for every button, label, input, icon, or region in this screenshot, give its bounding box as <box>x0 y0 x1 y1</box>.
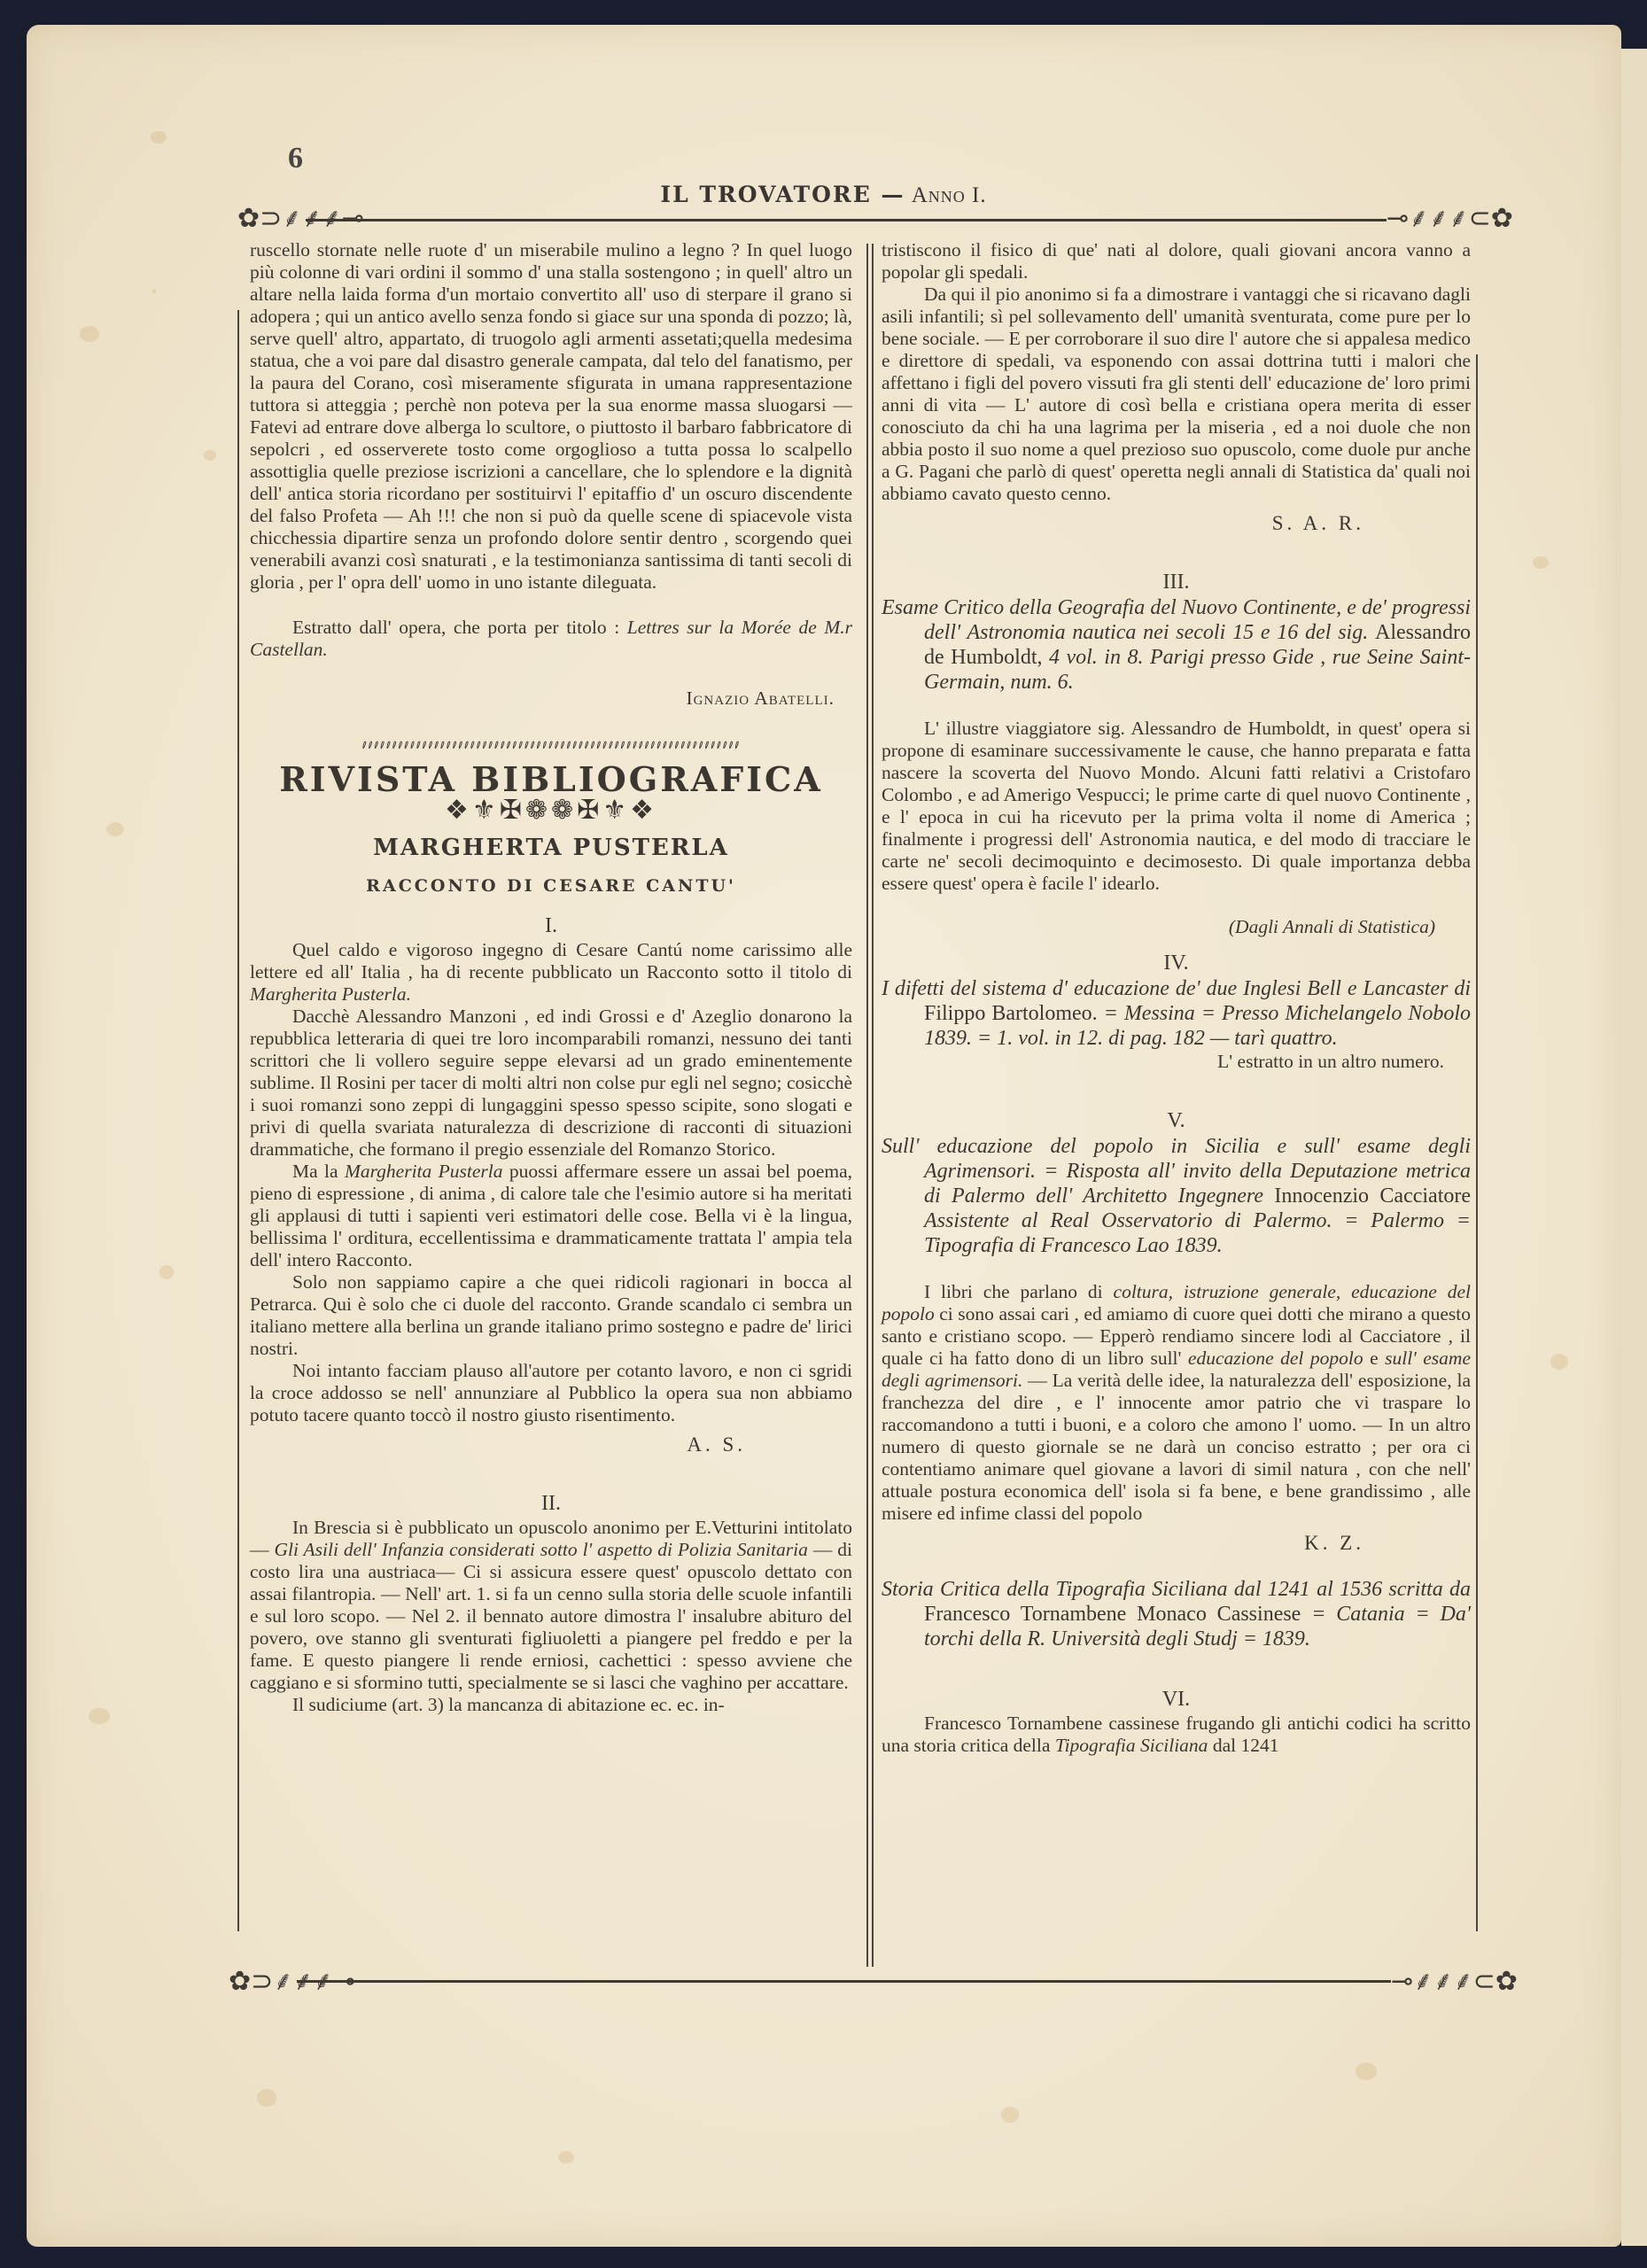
review-number: VI. <box>882 1689 1471 1711</box>
text: dal 1241 <box>1213 1735 1279 1756</box>
paragraph: Il sudiciume (art. 3) la mancanza di abi… <box>250 1694 852 1716</box>
review-signature: K. Z. <box>882 1532 1471 1554</box>
entry-author: Francesco Tornambene Monaco Cassinese <box>924 1603 1301 1626</box>
paragraph: Dacchè Alessandro Manzoni , ed indi Gros… <box>250 1006 852 1161</box>
text: ci sono assai cari , ed amiamo di cuore … <box>882 1303 1471 1369</box>
text: Quel caldo e vigoroso ingegno di Cesare … <box>250 939 852 983</box>
left-column: ruscello stornate nelle ruote d' un mise… <box>250 239 852 1716</box>
page-number: 6 <box>288 142 303 175</box>
volume-label: Anno I. <box>912 183 987 207</box>
fleuron-ornament-icon: ❖⚜✠❁❁✠⚜❖ <box>250 799 852 821</box>
book-title: Tipografia Siciliana <box>1055 1735 1208 1756</box>
review-number: III. <box>882 571 1471 594</box>
paragraph: Quel caldo e vigoroso ingegno di Cesare … <box>250 939 852 1006</box>
journal-title: IL TROVATORE — <box>660 182 905 207</box>
review-signature: A. S. <box>250 1433 852 1456</box>
entry-author: Filippo Bartolomeo. <box>924 1002 1098 1025</box>
section-title: RIVISTA BIBLIOGRAFICA <box>250 768 852 790</box>
review-number: V. <box>882 1110 1471 1132</box>
review-number: II. <box>250 1493 852 1515</box>
review-number: I. <box>250 915 852 937</box>
book-title: Margherita Pusterla. <box>250 983 411 1005</box>
entry-title: Storia Critica della Tipografia Sicilian… <box>882 1578 1471 1601</box>
review-number: IV. <box>882 952 1471 975</box>
source-prefix: Estratto dall' opera, che porta per tito… <box>292 617 619 638</box>
corner-ornament-top-left-icon: ✿⊃⸙⸙⸙⊸ <box>237 206 364 232</box>
text: — La verità delle idee, la naturalezza d… <box>882 1370 1471 1524</box>
paragraph: Da qui il pio anonimo si fa a dimostrare… <box>882 283 1471 505</box>
decorative-rule: ℓℓℓℓℓℓℓℓℓℓℓℓℓℓℓℓℓℓℓℓℓℓℓℓℓℓℓℓℓℓℓℓℓℓℓℓℓℓℓℓ… <box>250 736 852 749</box>
paragraph: Ma la Margherita Pusterla puossi afferma… <box>250 1161 852 1271</box>
left-column-border <box>237 310 239 1931</box>
author-signature: Ignazio Abatelli. <box>250 687 852 710</box>
paragraph: Noi intanto facciam plauso all'autore pe… <box>250 1360 852 1426</box>
next-page-edge <box>1621 49 1647 2246</box>
emphasis: educazione del popolo <box>1188 1348 1363 1369</box>
bibliographic-entry: Storia Critica della Tipografia Sicilian… <box>882 1577 1471 1651</box>
note: L' estratto in un altro numero. <box>882 1051 1471 1073</box>
corner-ornament-bottom-right-icon: ⊸⸙⸙⸙⊂✿ <box>1391 1969 1518 1995</box>
entry-imprint: Assistente al Real Osservatorio di Paler… <box>924 1209 1471 1257</box>
book-title: Gli Asili dell' Infanzia considerati sot… <box>274 1539 807 1560</box>
book-title: Margherita Pusterla <box>345 1161 503 1182</box>
text: Ma la <box>292 1161 338 1182</box>
right-column-border <box>1476 354 1478 1931</box>
text: I libri che parlano di <box>924 1281 1103 1302</box>
paragraph: Solo non sappiamo capire a che quei ridi… <box>250 1271 852 1360</box>
bottom-rule <box>297 1980 1391 1983</box>
bibliographic-entry: Sull' educazione del popolo in Sicilia e… <box>882 1134 1471 1258</box>
article-continuation: ruscello stornate nelle ruote d' un mise… <box>250 239 852 594</box>
entry-title: I difetti del sistema d' educazione de' … <box>882 977 1471 1000</box>
right-column: tristiscono il fisico di que' nati al do… <box>882 239 1471 1757</box>
column-divider <box>866 244 874 1967</box>
bibliographic-entry: Esame Critico della Geografia del Nuovo … <box>882 595 1471 695</box>
text: — di costo lira una austriaca— Ci si ass… <box>250 1539 852 1693</box>
review-signature: S. A. R. <box>882 512 1471 534</box>
text: puossi affermare essere un assai bel poe… <box>250 1161 852 1270</box>
corner-ornament-bottom-left-icon: ✿⊃⸙⸙⸙⊸ <box>229 1969 355 1995</box>
paragraph: I libri che parlano di coltura, istruzio… <box>882 1281 1471 1525</box>
paragraph: L' illustre viaggiatore sig. Alessandro … <box>882 718 1471 895</box>
review-title: MARGHERTA PUSTERLA <box>250 837 852 859</box>
top-rule <box>306 219 1387 221</box>
source-note: Estratto dall' opera, che porta per tito… <box>250 617 852 661</box>
citation: (Dagli Annali di Statistica) <box>882 916 1471 938</box>
bibliographic-entry: I difetti del sistema d' educazione de' … <box>882 976 1471 1051</box>
text: e <box>1370 1348 1379 1369</box>
review-subtitle: RACCONTO DI CESARE CANTU' <box>250 875 852 897</box>
entry-author: Innocenzio Cacciatore <box>1274 1184 1471 1208</box>
paragraph: tristiscono il fisico di que' nati al do… <box>882 239 1471 283</box>
corner-ornament-top-right-icon: ⊸⸙⸙⸙⊂✿ <box>1387 206 1513 232</box>
paragraph: In Brescia si è pubblicato un opuscolo a… <box>250 1517 852 1694</box>
paragraph: Francesco Tornambene cassinese frugando … <box>882 1713 1471 1757</box>
